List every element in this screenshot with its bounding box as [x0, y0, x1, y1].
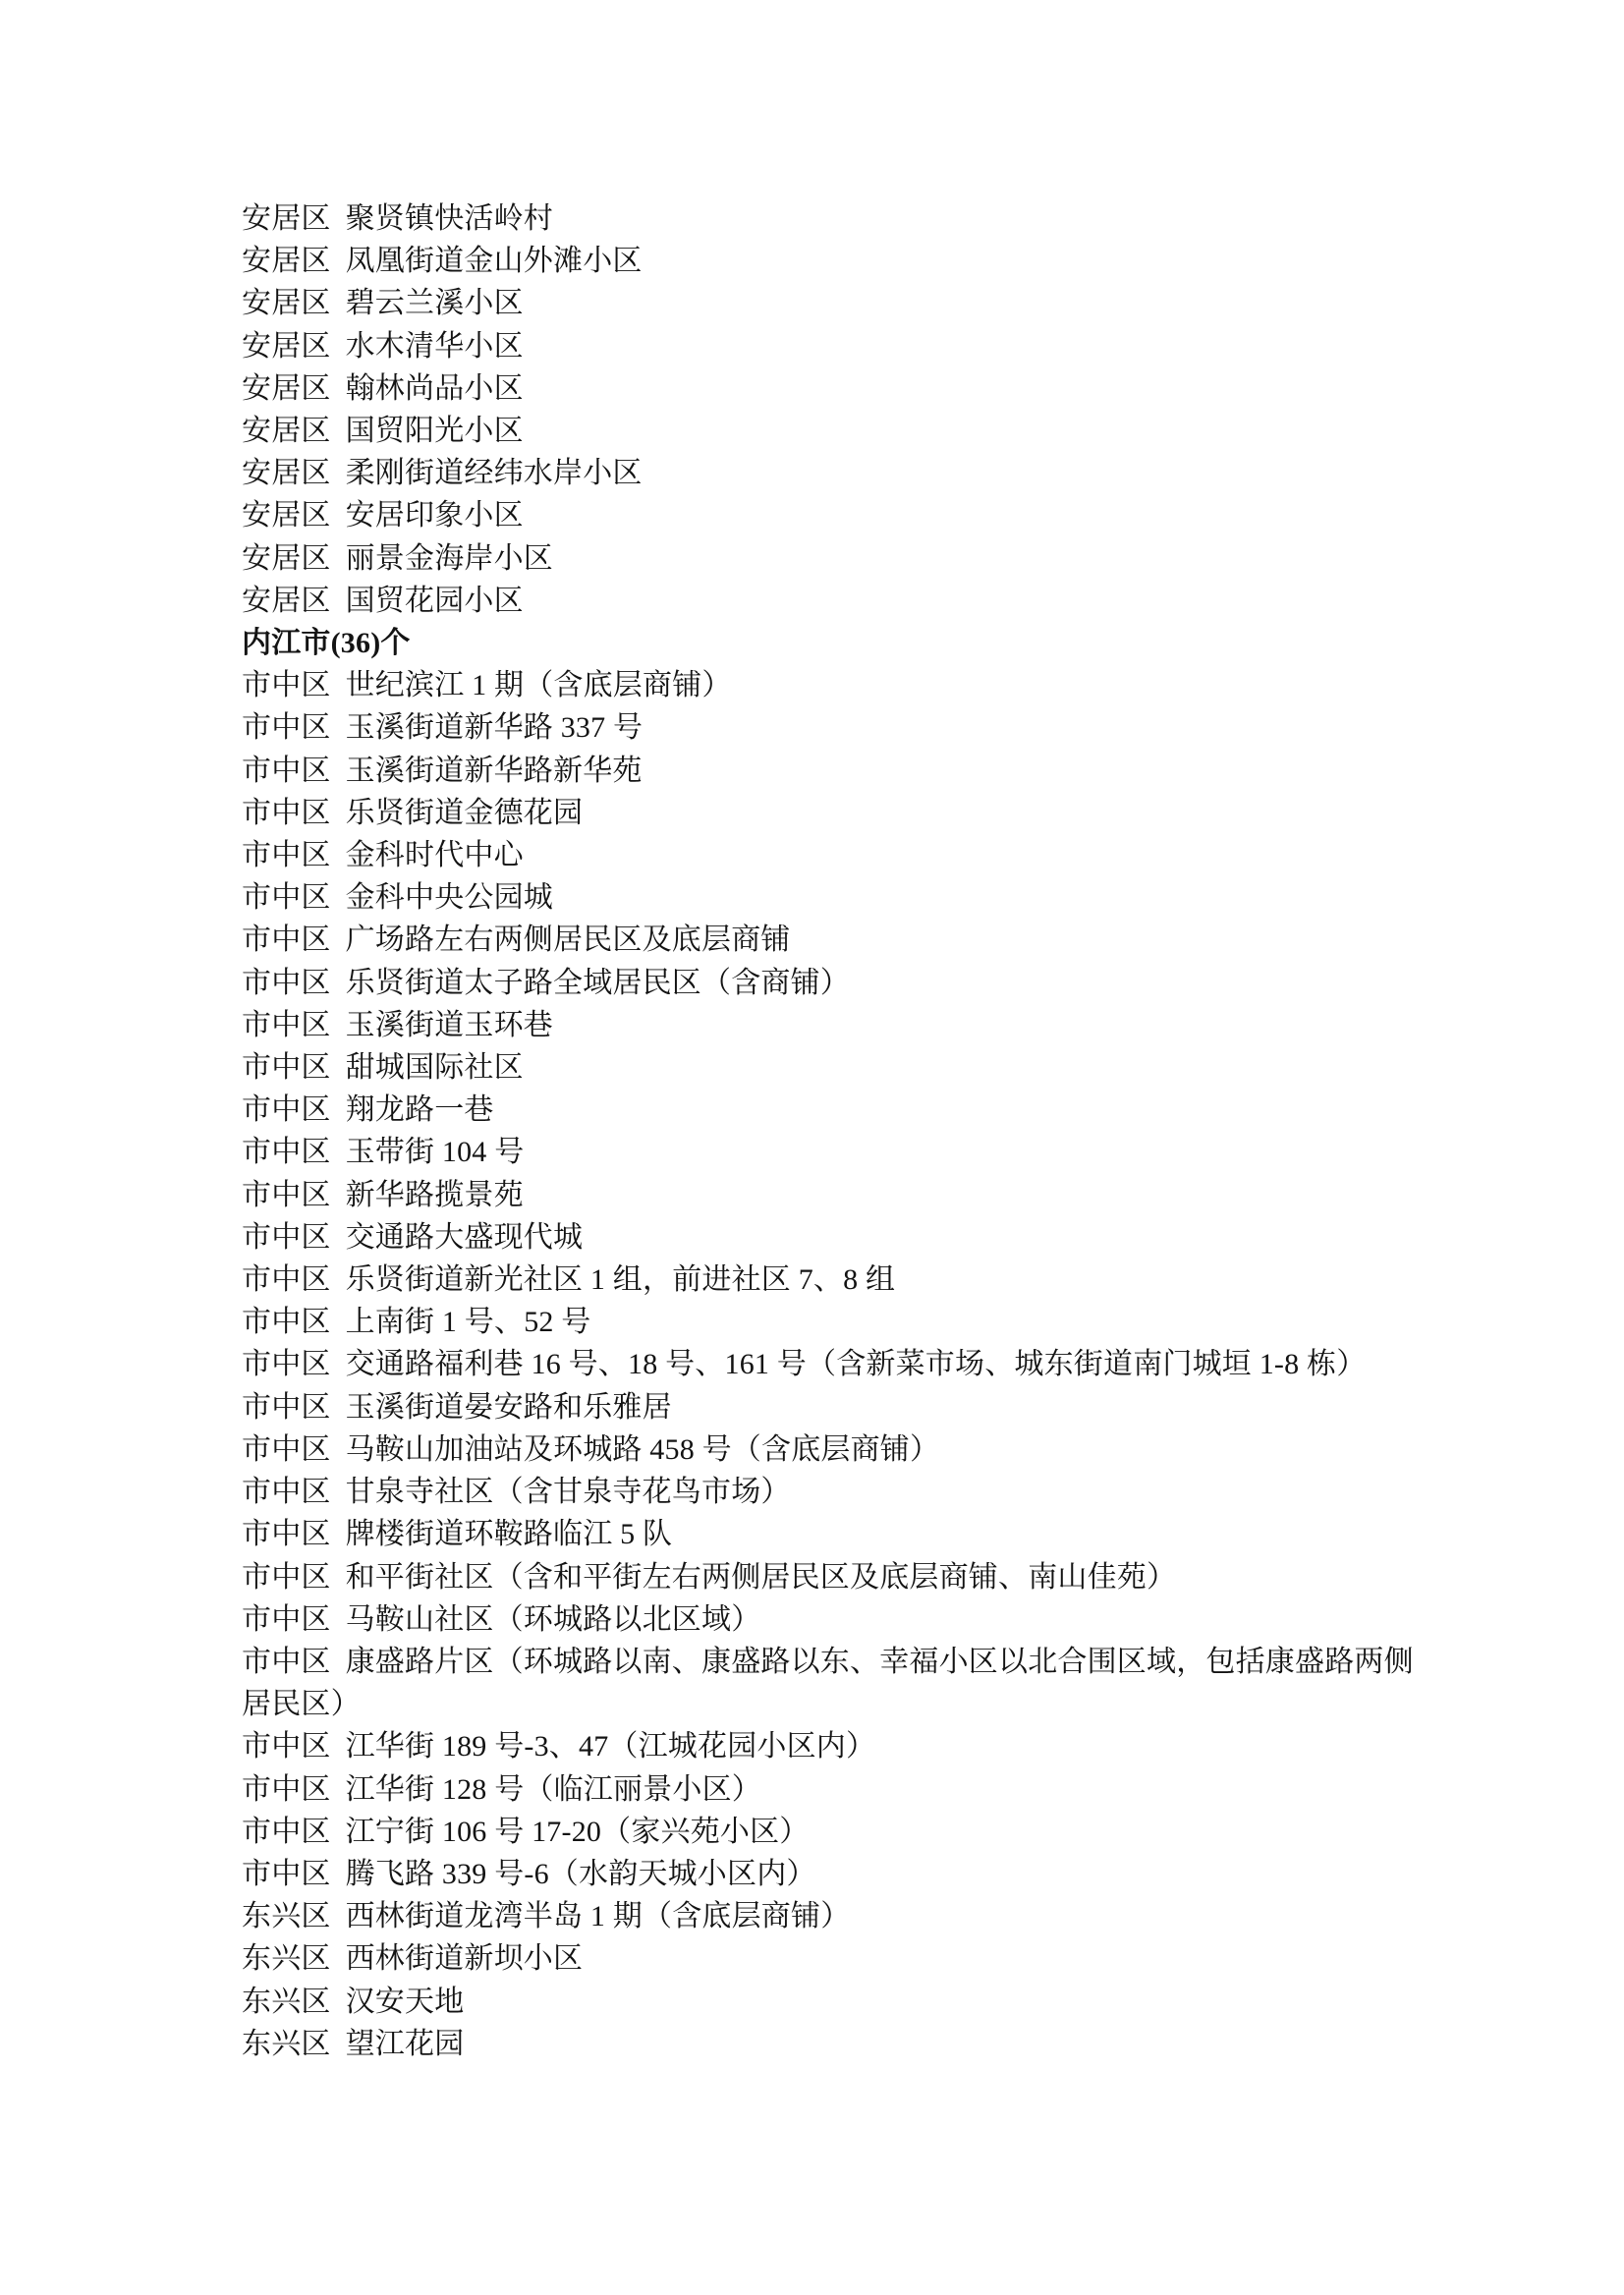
- list-item: 市中区甜城国际社区: [242, 1046, 1411, 1089]
- list-item: 市中区乐贤街道太子路全域居民区（含商铺）: [242, 962, 1411, 1004]
- district-label: 市中区: [242, 1518, 331, 1550]
- district-label: 安居区: [242, 372, 331, 405]
- place-name: 乐贤街道金德花园: [346, 797, 584, 829]
- place-name: 丽景金海岸小区: [346, 542, 553, 575]
- district-label: 市中区: [242, 1773, 331, 1806]
- list-item: 安居区安居印象小区: [242, 494, 1411, 536]
- place-name: 国贸花园小区: [346, 585, 524, 617]
- district-label: 安居区: [242, 457, 331, 489]
- district-label: 市中区: [242, 1179, 331, 1211]
- place-name: 安居印象小区: [346, 499, 524, 532]
- district-label: 安居区: [242, 542, 331, 575]
- place-name: 玉溪街道新华路 337 号: [346, 711, 644, 744]
- list-item: 安居区水木清华小区: [242, 325, 1411, 367]
- district-label: 市中区: [242, 1348, 331, 1380]
- district-label: 安居区: [242, 202, 331, 235]
- place-name: 康盛路片区（环城路以南、康盛路以东、幸福小区以北合围区域，包括康盛路两侧: [346, 1646, 1414, 1678]
- district-label: 东兴区: [242, 1942, 331, 1975]
- district-label: 安居区: [242, 287, 331, 319]
- list-item: 市中区交通路大盛现代城: [242, 1216, 1411, 1259]
- list-item: 东兴区西林街道新坝小区: [242, 1937, 1411, 1980]
- district-label: 市中区: [242, 1263, 331, 1296]
- list-item: 市中区金科时代中心: [242, 834, 1411, 876]
- place-name: 新华路揽景苑: [346, 1179, 524, 1211]
- list-item: 市中区玉溪街道晏安路和乐雅居: [242, 1386, 1411, 1428]
- list-item: 市中区江宁街 106 号 17-20（家兴苑小区）: [242, 1811, 1411, 1853]
- place-name: 金科时代中心: [346, 839, 524, 871]
- place-name: 聚贤镇快活岭村: [346, 202, 553, 235]
- district-label: 市中区: [242, 881, 331, 914]
- district-label: 安居区: [242, 585, 331, 617]
- list-item: 市中区新华路揽景苑: [242, 1174, 1411, 1216]
- place-name: 玉溪街道晏安路和乐雅居: [346, 1391, 672, 1424]
- place-name: 乐贤街道太子路全域居民区（含商铺）: [346, 967, 850, 999]
- place-name: 广场路左右两侧居民区及底层商铺: [346, 924, 791, 956]
- list-item: 安居区国贸阳光小区: [242, 410, 1411, 452]
- place-name: 玉溪街道新华路新华苑: [346, 755, 643, 787]
- place-name-continued: 居民区）: [242, 1688, 361, 1720]
- place-name: 甘泉寺社区（含甘泉寺花鸟市场）: [346, 1476, 791, 1508]
- district-label: 市中区: [242, 924, 331, 956]
- list-item: 东兴区望江花园: [242, 2023, 1411, 2065]
- place-name: 国贸阳光小区: [346, 415, 524, 447]
- place-name: 望江花园: [346, 2028, 465, 2060]
- list-item: 市中区翔龙路一巷: [242, 1089, 1411, 1131]
- list-item: 市中区广场路左右两侧居民区及底层商铺: [242, 919, 1411, 961]
- place-name: 凤凰街道金山外滩小区: [346, 245, 643, 277]
- list-item: 东兴区西林街道龙湾半岛 1 期（含底层商铺）: [242, 1895, 1411, 1937]
- place-name: 水木清华小区: [346, 330, 524, 363]
- list-item: 安居区丽景金海岸小区: [242, 537, 1411, 580]
- district-label: 市中区: [242, 839, 331, 871]
- district-label: 安居区: [242, 330, 331, 363]
- district-label: 市中区: [242, 1306, 331, 1338]
- list-item: 市中区腾飞路 339 号-6（水韵天城小区内）: [242, 1853, 1411, 1895]
- list-item: 安居区国贸花园小区: [242, 580, 1411, 622]
- place-name: 翔龙路一巷: [346, 1093, 494, 1126]
- place-name: 西林街道龙湾半岛 1 期（含底层商铺）: [346, 1900, 851, 1932]
- list-item: 安居区翰林尚品小区: [242, 367, 1411, 410]
- list-item: 市中区世纪滨江 1 期（含底层商铺）: [242, 664, 1411, 706]
- list-item: 市中区马鞍山社区（环城路以北区域）: [242, 1598, 1411, 1641]
- place-name: 甜城国际社区: [346, 1051, 524, 1084]
- list-item: 东兴区汉安天地: [242, 1981, 1411, 2023]
- district-label: 市中区: [242, 1009, 331, 1041]
- district-label: 安居区: [242, 245, 331, 277]
- list-item: 市中区江华街 128 号（临江丽景小区）: [242, 1768, 1411, 1811]
- list-item: 市中区玉溪街道玉环巷: [242, 1004, 1411, 1046]
- list-item: 市中区江华街 189 号-3、47（江城花园小区内）: [242, 1725, 1411, 1767]
- district-label: 市中区: [242, 1816, 331, 1848]
- document-page: 安居区聚贤镇快活岭村安居区凤凰街道金山外滩小区安居区碧云兰溪小区安居区水木清华小…: [0, 0, 1624, 2295]
- place-name: 汉安天地: [346, 1986, 465, 2018]
- list-item: 市中区乐贤街道金德花园: [242, 792, 1411, 834]
- district-label: 安居区: [242, 415, 331, 447]
- place-name: 交通路大盛现代城: [346, 1221, 584, 1254]
- district-label: 安居区: [242, 499, 331, 532]
- district-label: 市中区: [242, 1093, 331, 1126]
- district-label: 市中区: [242, 755, 331, 787]
- district-label: 市中区: [242, 1051, 331, 1084]
- district-label: 市中区: [242, 1476, 331, 1508]
- list-item: 市中区甘泉寺社区（含甘泉寺花鸟市场）: [242, 1471, 1411, 1513]
- place-name: 玉带街 104 号: [346, 1136, 525, 1168]
- list-item: 市中区玉带街 104 号: [242, 1131, 1411, 1173]
- list-item: 安居区碧云兰溪小区: [242, 282, 1411, 324]
- district-label: 市中区: [242, 1136, 331, 1168]
- place-name: 马鞍山加油站及环城路 458 号（含底层商铺）: [346, 1433, 940, 1466]
- place-name: 江华街 189 号-3、47（江城花园小区内）: [346, 1730, 876, 1763]
- district-label: 市中区: [242, 1603, 331, 1636]
- place-name: 乐贤街道新光社区 1 组，前进社区 7、8 组: [346, 1263, 896, 1296]
- list-item: 市中区金科中央公园城: [242, 876, 1411, 919]
- district-label: 市中区: [242, 1221, 331, 1254]
- district-label: 东兴区: [242, 1986, 331, 2018]
- district-label: 市中区: [242, 797, 331, 829]
- district-label: 市中区: [242, 669, 331, 701]
- district-label: 东兴区: [242, 2028, 331, 2060]
- place-name: 和平街社区（含和平街左右两侧居民区及底层商铺、南山佳苑）: [346, 1561, 1177, 1594]
- place-name: 交通路福利巷 16 号、18 号、161 号（含新菜市场、城东街道南门城垣 1-…: [346, 1348, 1367, 1380]
- place-name: 上南街 1 号、52 号: [346, 1306, 591, 1338]
- place-name: 柔刚街道经纬水岸小区: [346, 457, 643, 489]
- district-label: 市中区: [242, 1730, 331, 1763]
- place-name: 世纪滨江 1 期（含底层商铺）: [346, 669, 732, 701]
- district-label: 市中区: [242, 1391, 331, 1424]
- place-name: 碧云兰溪小区: [346, 287, 524, 319]
- place-name: 腾飞路 339 号-6（水韵天城小区内）: [346, 1858, 816, 1890]
- place-name: 江华街 128 号（临江丽景小区）: [346, 1773, 761, 1806]
- city-section-heading: 内江市(36)个: [242, 622, 1411, 664]
- district-label: 市中区: [242, 1561, 331, 1594]
- place-name: 金科中央公园城: [346, 881, 553, 914]
- district-label: 市中区: [242, 967, 331, 999]
- place-name: 西林街道新坝小区: [346, 1942, 584, 1975]
- district-label: 东兴区: [242, 1900, 331, 1932]
- list-item: 安居区柔刚街道经纬水岸小区: [242, 452, 1411, 494]
- list-item: 市中区交通路福利巷 16 号、18 号、161 号（含新菜市场、城东街道南门城垣…: [242, 1343, 1411, 1385]
- list-item: 安居区凤凰街道金山外滩小区: [242, 240, 1411, 282]
- list-item: 市中区牌楼街道环鞍路临江 5 队: [242, 1513, 1411, 1555]
- place-name: 玉溪街道玉环巷: [346, 1009, 553, 1041]
- list-item: 市中区乐贤街道新光社区 1 组，前进社区 7、8 组: [242, 1259, 1411, 1301]
- list-item: 市中区马鞍山加油站及环城路 458 号（含底层商铺）: [242, 1428, 1411, 1471]
- district-label: 市中区: [242, 1433, 331, 1466]
- place-name: 江宁街 106 号 17-20（家兴苑小区）: [346, 1816, 810, 1848]
- place-name: 牌楼街道环鞍路临江 5 队: [346, 1518, 673, 1550]
- district-label: 市中区: [242, 711, 331, 744]
- list-item: 安居区聚贤镇快活岭村: [242, 197, 1411, 240]
- district-label: 市中区: [242, 1646, 331, 1678]
- list-item: 市中区玉溪街道新华路 337 号: [242, 706, 1411, 749]
- list-item: 市中区玉溪街道新华路新华苑: [242, 750, 1411, 792]
- list-item: 市中区上南街 1 号、52 号: [242, 1301, 1411, 1343]
- list-item: 市中区和平街社区（含和平街左右两侧居民区及底层商铺、南山佳苑）: [242, 1556, 1411, 1598]
- district-label: 市中区: [242, 1858, 331, 1890]
- place-name: 马鞍山社区（环城路以北区域）: [346, 1603, 761, 1636]
- place-name: 翰林尚品小区: [346, 372, 524, 405]
- list-item: 市中区康盛路片区（环城路以南、康盛路以东、幸福小区以北合围区域，包括康盛路两侧居…: [242, 1641, 1411, 1725]
- community-list: 安居区聚贤镇快活岭村安居区凤凰街道金山外滩小区安居区碧云兰溪小区安居区水木清华小…: [242, 197, 1411, 2065]
